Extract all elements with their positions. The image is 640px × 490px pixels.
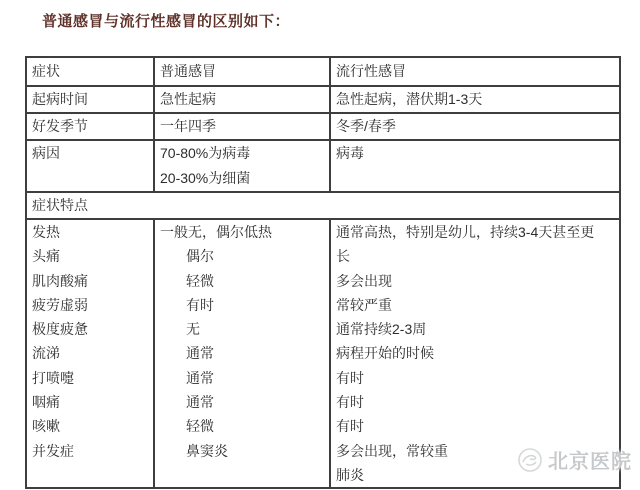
cell-line: 轻微: [160, 269, 325, 293]
cell-line: 鼻窦炎: [160, 439, 325, 463]
section-label: 症状特点: [26, 192, 620, 219]
row-label: 病因: [26, 140, 154, 192]
cell-line: 头痛: [32, 244, 149, 268]
cell-line: 偶尔: [160, 244, 325, 268]
cell-line: 通常: [160, 341, 325, 365]
cell-line: 咳嗽: [32, 414, 149, 438]
cell-influenza: 冬季/春季: [330, 113, 620, 140]
cell-common-cold: 一年四季: [154, 113, 330, 140]
table-row-onset: 起病时间 急性起病 急性起病，潜伏期1-3天: [26, 86, 620, 113]
cell-line: 20-30%为细菌: [160, 166, 325, 191]
cell-line: 常较严重: [336, 293, 603, 317]
cell-line: 通常: [160, 390, 325, 414]
cell-line: 多会出现: [336, 269, 603, 293]
cell-line: 有时: [336, 414, 603, 438]
cell-line: 70-80%为病毒: [160, 141, 325, 166]
cell-line: 肌肉酸痛: [32, 269, 149, 293]
cell-line: 通常: [160, 366, 325, 390]
row-label: 起病时间: [26, 86, 154, 113]
cell-line: 咽痛: [32, 390, 149, 414]
cell-line: 疲劳虚弱: [32, 293, 149, 317]
cell-line: 极度疲惫: [32, 317, 149, 341]
cell-line: 轻微: [160, 414, 325, 438]
symptom-list-cell: 发热头痛肌肉酸痛疲劳虚弱极度疲惫流涕打喷嚏咽痛咳嗽并发症: [26, 219, 154, 488]
hospital-logo-icon: [516, 446, 544, 474]
common-cold-list-cell: 一般无，偶尔低热偶尔轻微有时无通常通常通常轻微鼻窦炎: [154, 219, 330, 488]
cell-line: 无: [160, 317, 325, 341]
cell-influenza: 病毒: [330, 140, 620, 192]
cell-line: 并发症: [32, 439, 149, 463]
cell-line: 病程开始的时候: [336, 341, 603, 365]
cell-influenza: 急性起病，潜伏期1-3天: [330, 86, 620, 113]
cell-line: 有时: [160, 293, 325, 317]
table-row-season: 好发季节 一年四季 冬季/春季: [26, 113, 620, 140]
cell-line: 有时: [336, 390, 603, 414]
watermark-text: 北京医院: [548, 445, 632, 474]
header-cell-common-cold: 普通感冒: [154, 57, 330, 86]
section-row: 症状特点: [26, 192, 620, 219]
article-page: 普通感冒与流行性感冒的区别如下： 症状 普通感冒 流行性感冒 起病时间 急性起病…: [0, 0, 640, 490]
watermark: 北京医院: [516, 445, 632, 474]
row-label: 好发季节: [26, 113, 154, 140]
cell-line: 通常高热，特别是幼儿，持续3-4天甚至更长: [336, 220, 603, 269]
cell-line: 通常持续2-3周: [336, 317, 603, 341]
page-title: 普通感冒与流行性感冒的区别如下：: [42, 10, 290, 31]
table-row-cause: 病因 70-80%为病毒20-30%为细菌 病毒: [26, 140, 620, 192]
cell-line: 打喷嚏: [32, 366, 149, 390]
cell-common-cold: 急性起病: [154, 86, 330, 113]
cell-line: 一般无，偶尔低热: [160, 220, 325, 244]
comparison-table: 症状 普通感冒 流行性感冒 起病时间 急性起病 急性起病，潜伏期1-3天 好发季…: [25, 56, 621, 489]
cell-line: 流涕: [32, 341, 149, 365]
cell-line: 有时: [336, 366, 603, 390]
cell-line: 发热: [32, 220, 149, 244]
table-header-row: 症状 普通感冒 流行性感冒: [26, 57, 620, 86]
cell-common-cold: 70-80%为病毒20-30%为细菌: [154, 140, 330, 192]
header-cell-symptom: 症状: [26, 57, 154, 86]
header-cell-influenza: 流行性感冒: [330, 57, 620, 86]
